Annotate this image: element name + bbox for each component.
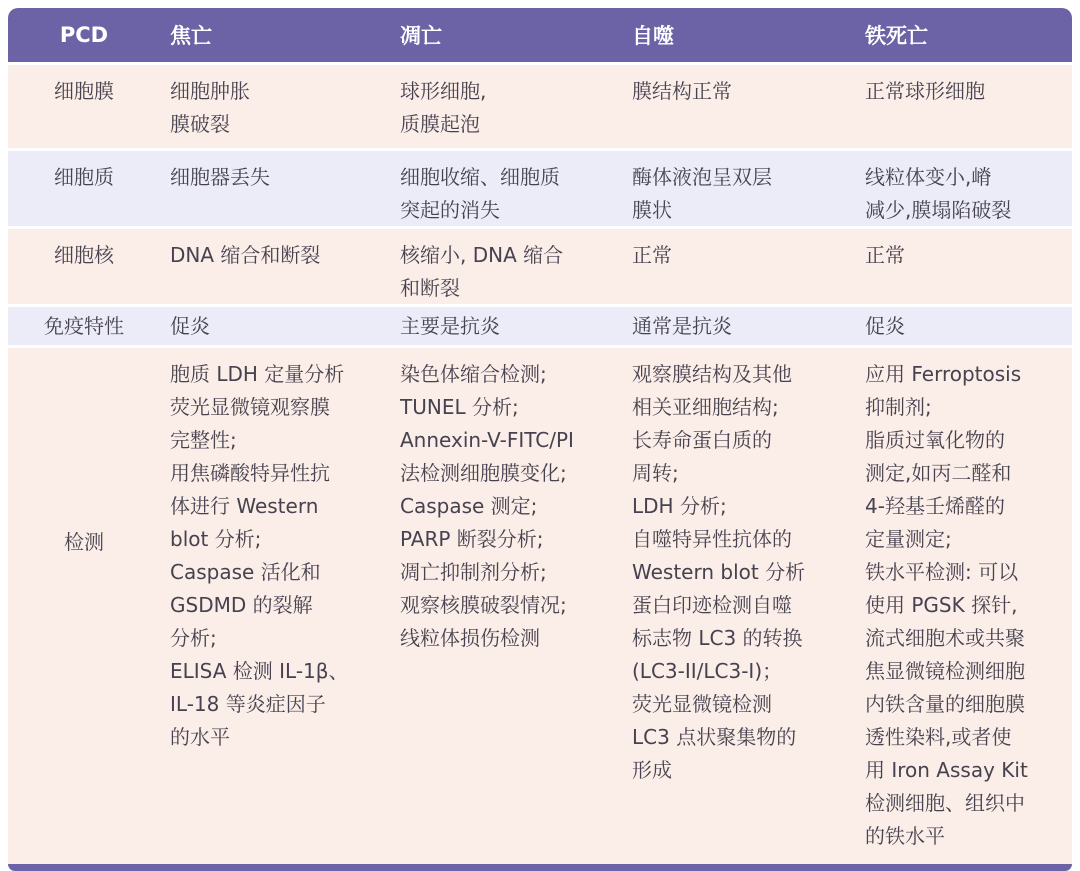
cell-nucleus-apoptosis: 核缩小, DNA 缩合 和断裂 [390, 229, 622, 304]
cell-membrane-pyroptosis: 细胞肿胀 膜破裂 [160, 65, 390, 148]
row-label-membrane: 细胞膜 [8, 65, 160, 148]
cell-cytoplasm-ferroptosis: 线粒体变小,嵴 减少,膜塌陷破裂 [855, 151, 1072, 226]
cell-cytoplasm-apoptosis: 细胞收缩、细胞质 突起的消失 [390, 151, 622, 226]
cell-detection-ferroptosis: 应用 Ferroptosis 抑制剂; 脂质过氧化物的 测定,如丙二醛和 4-羟… [855, 348, 1072, 864]
cell-immune-ferroptosis: 促炎 [855, 307, 1072, 345]
header-cell-pcd: PCD [8, 23, 160, 47]
cell-detection-autophagy: 观察膜结构及其他 相关亚细胞结构; 长寿命蛋白质的 周转; LDH 分析; 自噬… [622, 348, 855, 864]
row-label-nucleus: 细胞核 [8, 229, 160, 304]
table-row-cytoplasm: 细胞质 细胞器丢失 细胞收缩、细胞质 突起的消失 酶体液泡呈双层 膜状 线粒体变… [8, 151, 1072, 226]
table-header-row: PCD 焦亡 凋亡 自噬 铁死亡 [8, 8, 1072, 62]
row-label-detection: 检测 [8, 348, 160, 864]
cell-membrane-autophagy: 膜结构正常 [622, 65, 855, 148]
row-label-cytoplasm: 细胞质 [8, 151, 160, 226]
table-row-nucleus: 细胞核 DNA 缩合和断裂 核缩小, DNA 缩合 和断裂 正常 正常 [8, 229, 1072, 304]
cell-nucleus-pyroptosis: DNA 缩合和断裂 [160, 229, 390, 304]
cell-immune-pyroptosis: 促炎 [160, 307, 390, 345]
header-cell-ferroptosis: 铁死亡 [855, 20, 1072, 50]
cell-nucleus-autophagy: 正常 [622, 229, 855, 304]
pcd-comparison-table: PCD 焦亡 凋亡 自噬 铁死亡 细胞膜 细胞肿胀 膜破裂 球形细胞, 质膜起泡… [0, 0, 1080, 871]
cell-immune-apoptosis: 主要是抗炎 [390, 307, 622, 345]
table-row-membrane: 细胞膜 细胞肿胀 膜破裂 球形细胞, 质膜起泡 膜结构正常 正常球形细胞 [8, 65, 1072, 148]
cell-membrane-apoptosis: 球形细胞, 质膜起泡 [390, 65, 622, 148]
table-footer-bar [8, 864, 1072, 871]
cell-immune-autophagy: 通常是抗炎 [622, 307, 855, 345]
table-row-immune: 免疫特性 促炎 主要是抗炎 通常是抗炎 促炎 [8, 307, 1072, 345]
header-cell-autophagy: 自噬 [622, 20, 855, 50]
cell-detection-apoptosis: 染色体缩合检测; TUNEL 分析; Annexin-V-FITC/PI 法检测… [390, 348, 622, 864]
cell-cytoplasm-pyroptosis: 细胞器丢失 [160, 151, 390, 226]
header-cell-pyroptosis: 焦亡 [160, 20, 390, 50]
cell-nucleus-ferroptosis: 正常 [855, 229, 1072, 304]
row-label-immune: 免疫特性 [8, 307, 160, 345]
cell-detection-pyroptosis: 胞质 LDH 定量分析 荧光显微镜观察膜 完整性; 用焦磷酸特异性抗 体进行 W… [160, 348, 390, 864]
header-cell-apoptosis: 凋亡 [390, 20, 622, 50]
cell-cytoplasm-autophagy: 酶体液泡呈双层 膜状 [622, 151, 855, 226]
cell-membrane-ferroptosis: 正常球形细胞 [855, 65, 1072, 148]
table-row-detection: 检测 胞质 LDH 定量分析 荧光显微镜观察膜 完整性; 用焦磷酸特异性抗 体进… [8, 348, 1072, 864]
